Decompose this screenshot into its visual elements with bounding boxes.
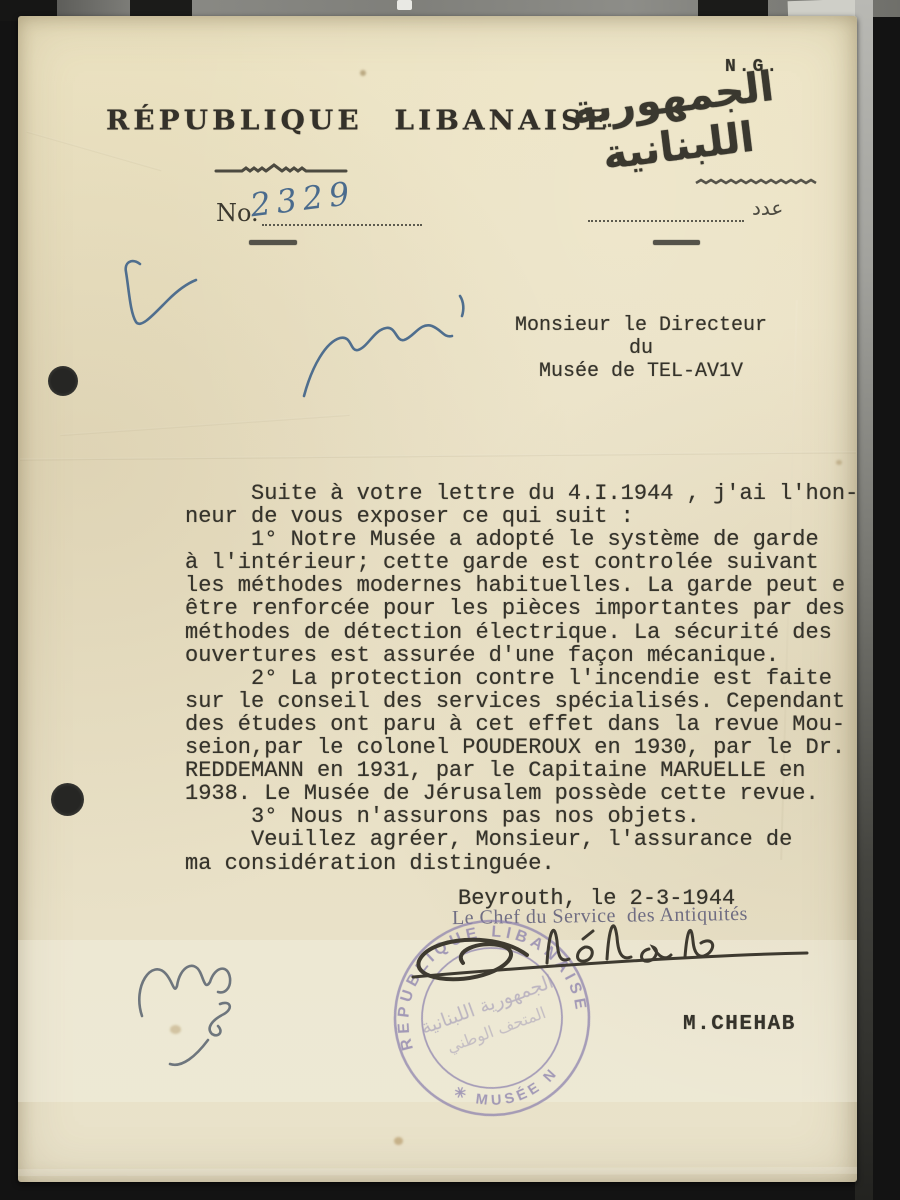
paper-stain (836, 460, 842, 465)
squiggle-rule-left (214, 162, 348, 178)
chehab-signature (395, 903, 815, 988)
blue-check-scribble (110, 256, 202, 340)
sleeve-clip-right (698, 0, 768, 17)
paper-stain (394, 1137, 403, 1145)
short-rule-right (653, 240, 700, 245)
arabic-number-dotted-line (588, 219, 744, 222)
scanned-letter: N.G. RÉPUBLIQUE LIBANAISE الجمهورية اللب… (0, 0, 900, 1200)
number-dotted-line (262, 223, 422, 226)
sleeve-clip-left (130, 0, 192, 17)
letter-body: Suite à votre lettre du 4.I.1944 , j'ai … (185, 482, 877, 875)
blue-flourish-scribble (292, 286, 477, 404)
punch-hole-top (48, 366, 78, 396)
short-rule-left (249, 240, 297, 245)
punch-hole-bottom (51, 783, 84, 816)
pencil-scribble (128, 942, 250, 1080)
number-label-arabic: عدد (752, 196, 783, 220)
paper-stain (360, 70, 366, 76)
typed-name: M.CHEHAB (683, 1013, 796, 1036)
recipient-block: Monsieur le DirecteurduMusée de TEL-AV1V (506, 314, 776, 383)
squiggle-rule-right (694, 178, 820, 188)
sleeve-glint (397, 0, 412, 10)
